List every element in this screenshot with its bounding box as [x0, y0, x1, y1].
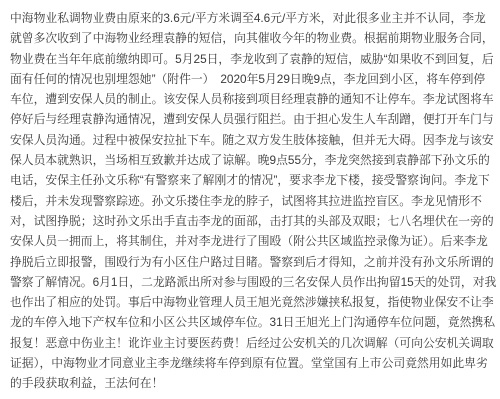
- article-text-block: 中海物业私调物业费由原来的3.6元/平方米调至4.6元/平方米，对此很多业主并不…: [0, 0, 500, 394]
- article-line: 也作出了相应的处罚。事后中海物业管理人员王旭光竟然涉嫌挟私报复，指使物业保安不让…: [10, 292, 491, 312]
- article-line: 车位，遭到安保人员的制止。该安保人员称接到项目经理袁静的通知不让停车。李龙试图将…: [10, 89, 491, 109]
- article-line: 警察了解情况。6月1日，二龙路派出所对参与围殴的三名安保人员作出拘留15天的处罚…: [10, 272, 491, 292]
- article-line: 挣脱后立即报警，围殴行为有小区住户路过目睹。警察到后才得知，之前并没有孙文乐所谓…: [10, 252, 491, 272]
- article-line: 物业费在当年年底前缴纳即可。5月25日，李龙收到了袁静的短信，威胁“如果收不到回…: [10, 49, 491, 69]
- article-line: 停好后与经理袁静沟通情况，遭到安保人员强行阻拦。由于担心发生人车刮蹭，便打开车门…: [10, 109, 491, 129]
- article-line: 的手段获取利益，王法何在！: [10, 373, 491, 393]
- article-line: 面有任何的情况也别埋怨她”（附件一） 2020年5月29日晚9点，李龙回到小区，…: [10, 69, 491, 89]
- article-line: 安保人员沟通。过程中被保安拉扯下车。随之双方发生肢体接触，但并无大碍。因李龙与该…: [10, 130, 491, 150]
- article-line: 安保人员一拥而上，将其制住，并对李龙进行了围殴（附公共区域监控录像为证）。后来李…: [10, 231, 491, 251]
- article-line: 对，试图挣脱；这时孙文乐出手直击李龙的面部，击打其的头部及双眼；七八名埋伏在一旁…: [10, 211, 491, 231]
- article-line: 电话，安保主任孙文乐称“有警察来了解刚才的情况”，要求李龙下楼，接受警察询问。李…: [10, 170, 491, 190]
- article-line: 龙的车停入地下产权车位和小区公共区域停车位。31日王旭光上门沟通停车位问题，竟然…: [10, 312, 491, 332]
- article-line: 保人员本就熟识，当场相互致歉并达成了谅解。晚9点55分，李龙突然接到袁静部下孙文…: [10, 150, 491, 170]
- article-line: 报复！恶意中伤业主！讹诈业主讨要医药费！后经过公安机关的几次调解（可向公安机关调…: [10, 333, 491, 353]
- article-line: 中海物业私调物业费由原来的3.6元/平方米调至4.6元/平方米，对此很多业主并不…: [10, 8, 491, 28]
- article-line: 楼后，并未发现警察踪迹。孙文乐搂住李龙的脖子，试图将其拉进监控盲区。李龙见情形不: [10, 191, 491, 211]
- article-line: 证据），中海物业才同意业主李龙继续将车停到原有位置。堂堂国有上市公司竟然用如此卑…: [10, 353, 491, 373]
- article-line: 就曾多次收到了中海物业经理袁静的短信，向其催收今年的物业费。根据前期物业服务合同…: [10, 28, 491, 48]
